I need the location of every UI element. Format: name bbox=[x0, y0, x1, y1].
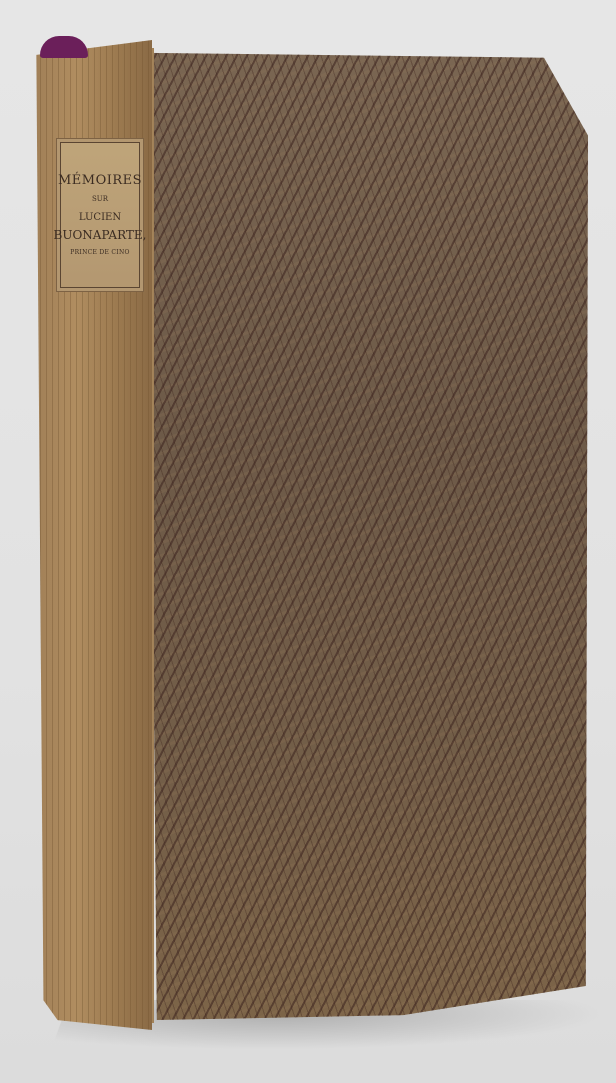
spine-title: MÉMOIRES bbox=[58, 174, 142, 188]
book: MÉMOIRES SUR LUCIEN BUONAPARTE, PRINCE D… bbox=[30, 40, 585, 1030]
spine-label: MÉMOIRES SUR LUCIEN BUONAPARTE, PRINCE D… bbox=[56, 138, 144, 292]
front-cover bbox=[148, 48, 588, 1020]
ribbon-marker bbox=[40, 36, 88, 58]
book-photograph: MÉMOIRES SUR LUCIEN BUONAPARTE, PRINCE D… bbox=[0, 0, 616, 1083]
spine-subtitle: PRINCE DE CINO bbox=[70, 250, 129, 257]
spine-first-name: LUCIEN bbox=[79, 212, 121, 223]
spine-last-name: BUONAPARTE, bbox=[54, 229, 147, 242]
spine-preposition: SUR bbox=[92, 196, 108, 204]
book-spine: MÉMOIRES SUR LUCIEN BUONAPARTE, PRINCE D… bbox=[34, 40, 152, 1030]
